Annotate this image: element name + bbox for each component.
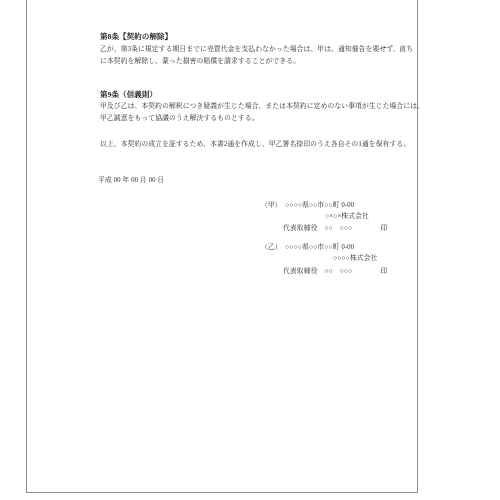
document-page xyxy=(26,0,418,493)
kou-company-name: ○×○×株式会社 xyxy=(325,212,369,222)
kou-representative-name: 代表取締役 ○○ ○○○ xyxy=(283,225,352,232)
article-9-body-line-1: 甲及び乙は、本契約の解釈につき疑義が生じた場合、または本契約に定めのない事項が生… xyxy=(100,102,424,112)
otsu-address-line: （乙） ○○○○県○○市○○町 0-00 xyxy=(261,243,354,253)
otsu-seal-mark: 印 xyxy=(380,267,387,277)
article-8-body-line-2: に本契約を解除し、蒙った損害の賠償を請求することができる。 xyxy=(100,57,300,67)
article-8-body-line-1: 乙が、第3条に規定する期日までに売買代金を支払わなかった場合は、甲は、通知催告を… xyxy=(100,45,413,55)
article-9-body-line-2: 甲乙誠意をもって協議のうえ解決するものとする。 xyxy=(100,114,259,124)
kou-representative-line: 代表取締役 ○○ ○○○印 xyxy=(283,224,387,234)
otsu-representative-name: 代表取締役 ○○ ○○○ xyxy=(283,268,352,275)
otsu-company-name: ○○○○株式会社 xyxy=(333,254,377,264)
article-9-heading: 第9条（信義則） xyxy=(100,90,157,100)
article-8-heading: 第8条【契約の解除】 xyxy=(100,32,172,42)
otsu-representative-line: 代表取締役 ○○ ○○○印 xyxy=(283,267,387,277)
contract-date: 平成 00 年 00 月 00 日 xyxy=(98,176,164,186)
kou-address-line: （甲） ○○○○県○○市○○町 0-00 xyxy=(261,201,354,211)
kou-seal-mark: 印 xyxy=(380,224,387,234)
document-viewer: 第8条【契約の解除】 乙が、第3条に規定する期日までに売買代金を支払わなかった場… xyxy=(0,0,500,500)
closing-sentence: 以上、本契約の成立を証するため、本書2通を作成し、甲乙署名捺印のうえ各自その1通… xyxy=(100,140,410,150)
